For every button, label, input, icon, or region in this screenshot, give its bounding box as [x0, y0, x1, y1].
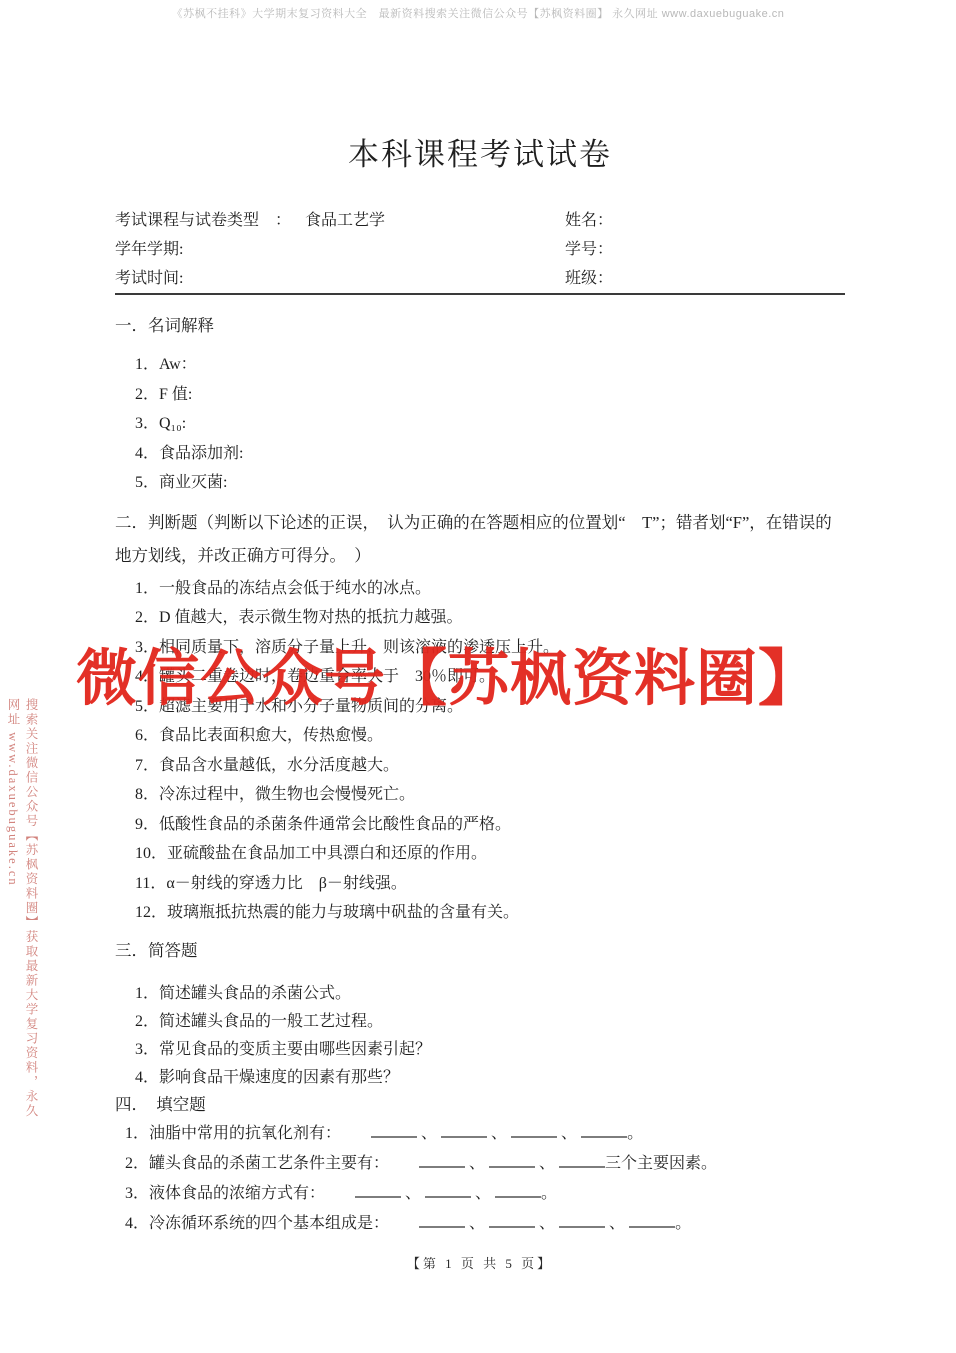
question-item: 12．玻璃瓶抵抗热震的能力与玻璃中矾盐的含量有关。	[135, 898, 845, 928]
blank-separator: 、	[561, 1125, 577, 1142]
section-definitions: 一．名词解释 1．Aw：2．F 值:3．Q₁₀:4．食品添加剂:5．商业灭菌:	[115, 315, 845, 498]
name-label: 姓名：	[565, 212, 613, 229]
question-item: 11．α－射线的穿透力比 β－射线强。	[135, 869, 845, 899]
answer-blank	[489, 1217, 535, 1228]
student-id-label: 学号：	[565, 241, 613, 258]
exam-time-label: 考试时间:	[115, 270, 183, 287]
question-item: 1．一般食品的冻结点会低于纯水的冰点。	[135, 574, 845, 604]
true-false-list: 1．一般食品的冻结点会低于纯水的冰点。2．D 值越大，表示微生物对热的抵抗力越强…	[115, 574, 845, 928]
exam-info-block: 考试课程与试卷类型 ：食品工艺学 姓名： 学年学期: 学号： 考试时间:	[115, 206, 845, 293]
info-row-term: 学年学期: 学号：	[115, 235, 845, 264]
question-item: 5．超滤主要用于水和小分子量物质间的分离。	[135, 692, 845, 722]
blank-separator: 、	[469, 1215, 485, 1232]
section-true-false-heading: 二．判断题（判断以下论述的正误， 认为正确的在答题相应的位置划“ T”；错者划“…	[115, 506, 845, 572]
fill-blank-label: 3．液体食品的浓缩方式有：	[125, 1185, 325, 1202]
question-item: 9．低酸性食品的杀菌条件通常会比酸性食品的严格。	[135, 810, 845, 840]
answer-blank	[355, 1187, 401, 1198]
question-item: 4．影响食品干燥速度的因素有那些？	[135, 1064, 845, 1092]
question-item: 4．食品添加剂:	[135, 439, 845, 469]
question-item: 1．Aw：	[135, 350, 845, 380]
term-label: 学年学期:	[115, 241, 183, 258]
section-short-answer-heading: 三．简答题	[115, 940, 845, 962]
section-fill-blanks-heading: 四． 填空题	[115, 1094, 845, 1116]
answer-blank	[419, 1217, 465, 1228]
question-item: 5．商业灭菌:	[135, 468, 845, 498]
question-item: 2．简述罐头食品的一般工艺过程。	[135, 1008, 845, 1036]
info-row-course: 考试课程与试卷类型 ：食品工艺学 姓名：	[115, 206, 845, 235]
answer-blank	[489, 1157, 535, 1168]
section-short-answer: 三．简答题 1．简述罐头食品的杀菌公式。2．简述罐头食品的一般工艺过程。3．常见…	[115, 940, 845, 1092]
answer-blank	[425, 1187, 471, 1198]
question-item: 10．亚硫酸盐在食品加工中具漂白和还原的作用。	[135, 839, 845, 869]
question-item: 3．常见食品的变质主要由哪些因素引起？	[135, 1036, 845, 1064]
site-header-note: 《苏枫不挂科》大学期末复习资料大全 最新资料搜索关注微信公众号【苏枫资料圈】 永…	[0, 5, 956, 21]
info-row-time: 考试时间: 班级：	[115, 264, 845, 293]
blank-separator: 、	[475, 1185, 491, 1202]
class-label: 班级：	[565, 270, 613, 287]
fill-blank-label: 1．油脂中常用的抗氧化剂有：	[125, 1125, 341, 1142]
question-item: 3．Q₁₀:	[135, 409, 845, 439]
short-answer-list: 1．简述罐头食品的杀菌公式。2．简述罐头食品的一般工艺过程。3．常见食品的变质主…	[115, 980, 845, 1092]
question-item: 7．食品含水量越低，水分活度越大。	[135, 751, 845, 781]
answer-blank	[559, 1157, 605, 1168]
answer-blank	[629, 1217, 675, 1228]
page-content: 本科课程考试试卷 考试课程与试卷类型 ：食品工艺学 姓名： 学年学期: 学号：	[0, 132, 956, 1272]
blank-separator: 、	[405, 1185, 421, 1202]
answer-blank	[495, 1187, 541, 1198]
fill-blank-suffix: 。	[675, 1215, 691, 1232]
page-title: 本科课程考试试卷	[115, 132, 845, 178]
fill-blank-question: 4．冷冻循环系统的四个基本组成是：、、、。	[125, 1209, 845, 1239]
divider-line	[115, 293, 845, 295]
fill-blank-label: 4．冷冻循环系统的四个基本组成是：	[125, 1215, 389, 1232]
exam-paper-page: 《苏枫不挂科》大学期末复习资料大全 最新资料搜索关注微信公众号【苏枫资料圈】 永…	[0, 0, 956, 1353]
fill-blank-label: 2．罐头食品的杀菌工艺条件主要有：	[125, 1155, 389, 1172]
section-true-false: 二．判断题（判断以下论述的正误， 认为正确的在答题相应的位置划“ T”；错者划“…	[115, 506, 845, 928]
fill-blank-question: 3．液体食品的浓缩方式有：、、。	[125, 1179, 845, 1209]
question-item: 8．冷冻过程中，微生物也会慢慢死亡。	[135, 780, 845, 810]
blank-separator: 、	[539, 1155, 555, 1172]
answer-blank	[419, 1157, 465, 1168]
answer-blank	[371, 1127, 417, 1138]
question-item: 4．罐头二重卷边时，卷边重合率大于 30％即可。	[135, 662, 845, 692]
section-definitions-heading: 一．名词解释	[115, 315, 845, 337]
answer-blank	[581, 1127, 627, 1138]
blank-separator: 、	[469, 1155, 485, 1172]
blank-separator: 、	[609, 1215, 625, 1232]
blank-separator: 、	[421, 1125, 437, 1142]
fill-blank-question: 2．罐头食品的杀菌工艺条件主要有：、、三个主要因素。	[125, 1149, 845, 1179]
fill-blank-suffix: 三个主要因素。	[605, 1155, 717, 1172]
question-item: 2．F 值:	[135, 380, 845, 410]
course-value: 食品工艺学	[305, 212, 385, 229]
definitions-list: 1．Aw：2．F 值:3．Q₁₀:4．食品添加剂:5．商业灭菌:	[115, 350, 845, 498]
page-number: 【第 1 页 共 5 页】	[115, 1253, 845, 1272]
answer-blank	[559, 1217, 605, 1228]
fill-blank-question: 1．油脂中常用的抗氧化剂有：、、、。	[125, 1119, 845, 1149]
blank-separator: 、	[491, 1125, 507, 1142]
question-item: 2．D 值越大，表示微生物对热的抵抗力越强。	[135, 603, 845, 633]
answer-blank	[441, 1127, 487, 1138]
blank-separator: 、	[539, 1215, 555, 1232]
fill-blanks-list: 1．油脂中常用的抗氧化剂有：、、、。 2．罐头食品的杀菌工艺条件主要有：、、三个…	[115, 1119, 845, 1239]
question-item: 1．简述罐头食品的杀菌公式。	[135, 980, 845, 1008]
section-fill-blanks: 四． 填空题 1．油脂中常用的抗氧化剂有：、、、。 2．罐头食品的杀菌工艺条件主…	[115, 1094, 845, 1239]
answer-blank	[511, 1127, 557, 1138]
question-item: 3．相同质量下，溶质分子量上升，则该溶液的渗透压上升。	[135, 633, 845, 663]
fill-blank-suffix: 。	[541, 1185, 557, 1202]
fill-blank-suffix: 。	[627, 1125, 643, 1142]
course-type-label: 考试课程与试卷类型 ：	[115, 212, 291, 229]
question-item: 6．食品比表面积愈大，传热愈慢。	[135, 721, 845, 751]
